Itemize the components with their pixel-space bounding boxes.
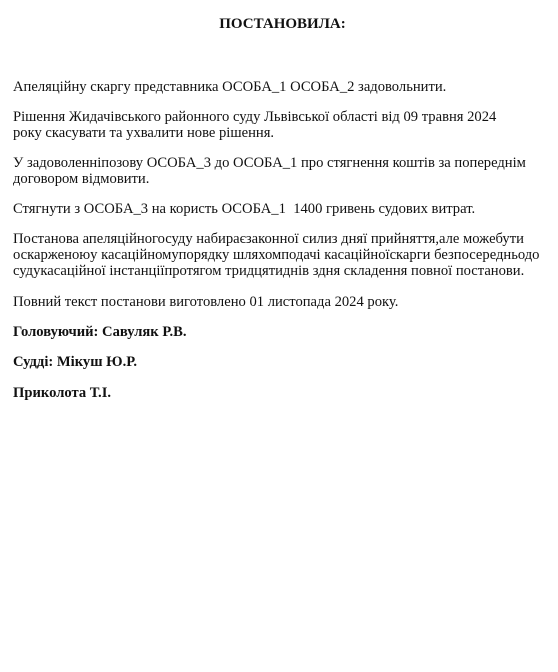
paragraph-claim-denied: У задоволеннiпозову ОСОБА_3 до ОСОБА_1 п… xyxy=(13,155,553,187)
signature-presiding-judge: Головуючий: Савуляк Р.В. xyxy=(13,324,553,340)
paragraph-appeal-granted: Апеляційну скаргу представника ОСОБА_1 О… xyxy=(13,79,553,95)
line: У задоволеннiпозову ОСОБА_3 до ОСОБА_1 п… xyxy=(13,155,553,171)
line: року скасувати та ухвалити нове рішення. xyxy=(13,125,553,141)
line: Рішення Жидачівського районного суду Льв… xyxy=(13,109,553,125)
line: судукасаційної інстанціїпротягом тридцят… xyxy=(13,263,553,279)
line: договором відмовити. xyxy=(13,171,553,187)
line: оскарженоюу касаційномупорядку шляхомпод… xyxy=(13,247,553,263)
page-title: ПОСТАНОВИЛА: xyxy=(0,16,558,33)
signature-judge-2: Приколота Т.І. xyxy=(13,385,553,401)
line: Постанова апеляційногосуду набираєзаконн… xyxy=(13,231,553,247)
paragraph-full-text-date: Повний текст постанови виготовлено 01 ли… xyxy=(13,294,553,310)
paragraph-decision-cancelled: Рішення Жидачівського районного суду Льв… xyxy=(13,109,553,141)
signature-judges: Судді: Мікуш Ю.Р. xyxy=(13,354,553,370)
paragraph-court-costs: Стягнути з ОСОБА_3 на користь ОСОБА_1 14… xyxy=(13,201,553,217)
paragraph-entry-into-force: Постанова апеляційногосуду набираєзаконн… xyxy=(13,231,553,279)
